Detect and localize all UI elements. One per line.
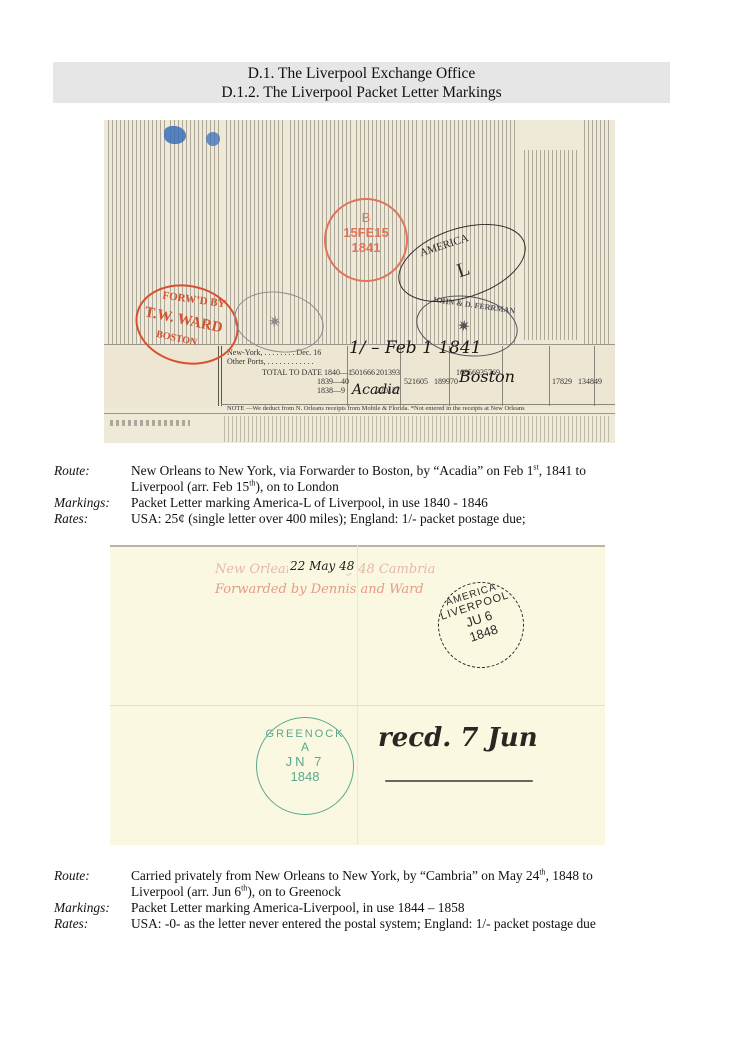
star-icon: ✷ (266, 311, 283, 333)
ink-blot (206, 132, 220, 146)
america-liverpool-cds: AMERICA LIVERPOOL JU 6 1848 (427, 571, 535, 679)
markings-value: Packet Letter marking America-Liverpool,… (131, 900, 704, 916)
greenock-cds: GREENOCK A JN 7 1848 (256, 717, 354, 815)
section-title: D.1. The Liverpool Exchange Office (53, 64, 670, 83)
underline-stroke (385, 780, 533, 782)
route-value: Carried privately from New Orleans to Ne… (131, 868, 704, 900)
route-row: Route: Carried privately from New Orlean… (54, 868, 704, 900)
page-header: D.1. The Liverpool Exchange Office D.1.2… (53, 62, 670, 103)
rates-value: USA: 25¢ (single letter over 400 miles);… (131, 511, 704, 527)
description-block-2: Route: Carried privately from New Orlean… (54, 868, 704, 932)
rates-row: Rates: USA: 25¢ (single letter over 400 … (54, 511, 704, 527)
route-label: Route: (54, 868, 131, 900)
newspaper-strip (110, 420, 190, 426)
description-block-1: Route: New Orleans to New York, via Forw… (54, 463, 704, 527)
packet-cds-stamp: B 15FE15 1841 (324, 198, 408, 282)
cover-image-1848-cambria: New Orleans 22 May 48 Cambria Forwarded … (110, 545, 605, 845)
markings-label: Markings: (54, 495, 131, 511)
markings-row: Markings: Packet Letter marking America-… (54, 495, 704, 511)
rates-value: USA: -0- as the letter never entered the… (131, 916, 704, 932)
markings-row: Markings: Packet Letter marking America-… (54, 900, 704, 916)
star-icon: ✷ (456, 316, 472, 338)
rates-row: Rates: USA: -0- as the letter never ente… (54, 916, 704, 932)
ink-blot (164, 126, 186, 144)
cover-image-1841-acadia: New-York, . . . . . . . . Dec. 16 Other … (104, 120, 615, 443)
subsection-title: D.1.2. The Liverpool Packet Letter Marki… (53, 83, 670, 102)
newspaper-column (524, 150, 580, 340)
route-value: New Orleans to New York, via Forwarder t… (131, 463, 704, 495)
route-label: Route: (54, 463, 131, 495)
markings-label: Markings: (54, 900, 131, 916)
rates-label: Rates: (54, 511, 131, 527)
newspaper-strip (224, 416, 609, 442)
rates-label: Rates: (54, 916, 131, 932)
markings-value: Packet Letter marking America-L of Liver… (131, 495, 704, 511)
route-row: Route: New Orleans to New York, via Forw… (54, 463, 704, 495)
